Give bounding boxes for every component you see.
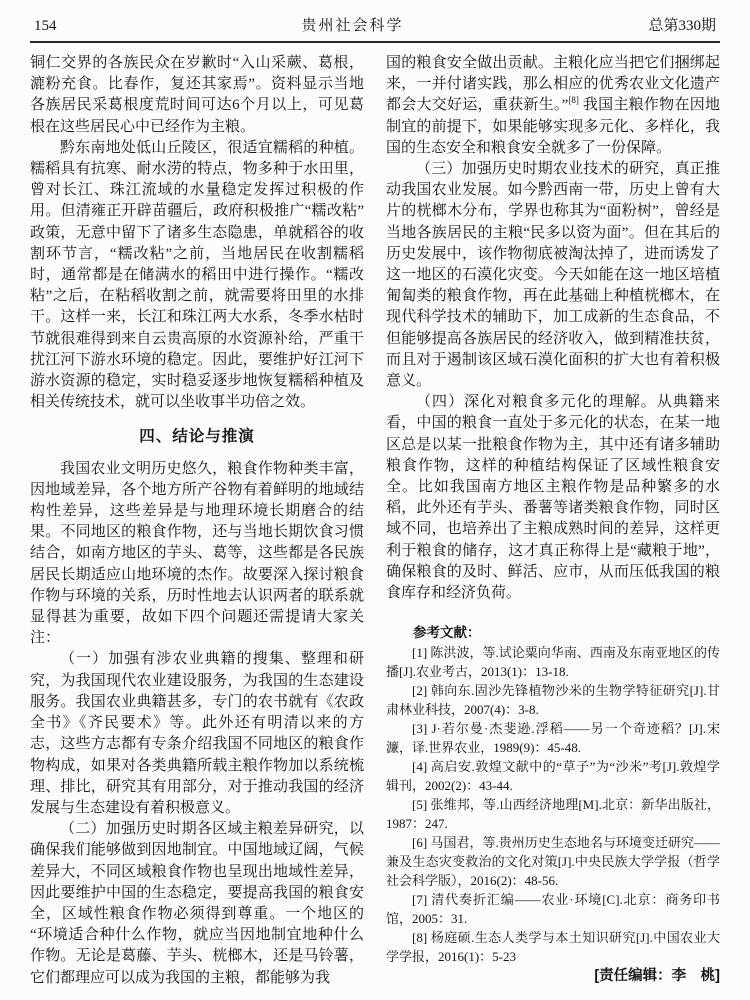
paragraph-point-two-continued: 国的粮食安全做出贡献。主粮化应当把它们捆绑起来，一并付诸实践，那么相应的优秀农业… xyxy=(386,53,720,159)
reference-item-8: [8] 杨庭硕.生态人类学与本土知识研究[J].中国农业大学学报，2016(1)… xyxy=(386,928,720,966)
issue-number: 总第330期 xyxy=(648,14,716,35)
reference-item-4: [4] 高启安.敦煌文献中的“草子”为“沙米”考[J].敦煌学辑刊，2002(2… xyxy=(386,757,720,795)
references-section: 参考文献： [1] 陈洪波，等.试论粟向华南、西南及东南亚地区的传播[J].农业… xyxy=(386,622,720,966)
journal-page: 154 贵州社会科学 总第330期 铜仁交界的各族民众在岁歉时“入山采蕨、葛根，… xyxy=(0,0,750,1000)
paragraph-continued-from-previous-page: 铜仁交界的各族民众在岁歉时“入山采蕨、葛根，漉粉充食。比春作，复还其家焉”。资料… xyxy=(30,53,364,138)
page-number: 154 xyxy=(34,18,57,35)
reference-item-7: [7] 清代奏折汇编——农业·环境[C].北京：商务印书馆，2005：31. xyxy=(386,890,720,928)
article-body: 铜仁交界的各族民众在岁歉时“入山采蕨、葛根，漉粉充食。比春作，复还其家焉”。资料… xyxy=(30,53,720,989)
reference-item-5: [5] 张维邦，等.山西经济地理[M].北京：新华出版社，1987：247. xyxy=(386,795,720,833)
header-divider xyxy=(30,41,720,43)
paragraph-nuodao: 黔东南地处低山丘陵区，很适宜糯稻的种植。糯稻具有抗寒、耐水涝的特点，物多种于水田… xyxy=(30,138,364,414)
reference-item-6: [6] 马国君，等.贵州历史生态地名与环境变迁研究——兼及生态灾变救治的文化对策… xyxy=(386,833,720,890)
citation-mark-8: [8] xyxy=(568,95,579,105)
reference-item-1: [1] 陈洪波，等.试论粟向华南、西南及东南亚地区的传播[J].农业考古，201… xyxy=(386,643,720,681)
page-header: 154 贵州社会科学 总第330期 xyxy=(30,12,720,41)
journal-title: 贵州社会科学 xyxy=(301,14,403,35)
section-heading-conclusion: 四、结论与推演 xyxy=(30,426,364,447)
paragraph-point-four: （四）深化对粮食多元化的理解。从典籍来看，中国的粮食一直处于多元化的状态，在某一… xyxy=(386,392,720,604)
references-heading: 参考文献： xyxy=(386,622,720,643)
paragraph-point-one: （一）加强有涉农业典籍的搜集、整理和研究，为我国现代农业建设服务，为我国的生态建… xyxy=(30,649,364,819)
paragraph-point-two-part: （二）加强历史时期各区域主粮差异研究，以确保我们能够做到因地制宜。中国地域辽阔，… xyxy=(30,819,364,989)
right-column: 国的粮食安全做出贡献。主粮化应当把它们捆绑起来，一并付诸实践，那么相应的优秀农业… xyxy=(386,53,720,989)
paragraph-conclusion-intro: 我国农业文明历史悠久，粮食作物种类丰富，因地域差异，各个地方所产谷物有着鲜明的地… xyxy=(30,459,364,650)
paragraph-point-three: （三）加强历史时期农业技术的研究，真正推动我国农业发展。如今黔西南一带，历史上曾… xyxy=(386,159,720,392)
left-column: 铜仁交界的各族民众在岁歉时“入山采蕨、葛根，漉粉充食。比春作，复还其家焉”。资料… xyxy=(30,53,364,989)
reference-item-3: [3] J·若尔曼·杰斐逊.浮稻——另一个奇迹稻？[J].宋濂，译.世界农业，1… xyxy=(386,719,720,757)
reference-item-2: [2] 韩向东.固沙先锋植物沙米的生物学特征研究[J].甘肃林业科技，2007(… xyxy=(386,681,720,719)
editor-note: [责任编辑：李 桃] xyxy=(386,966,720,987)
